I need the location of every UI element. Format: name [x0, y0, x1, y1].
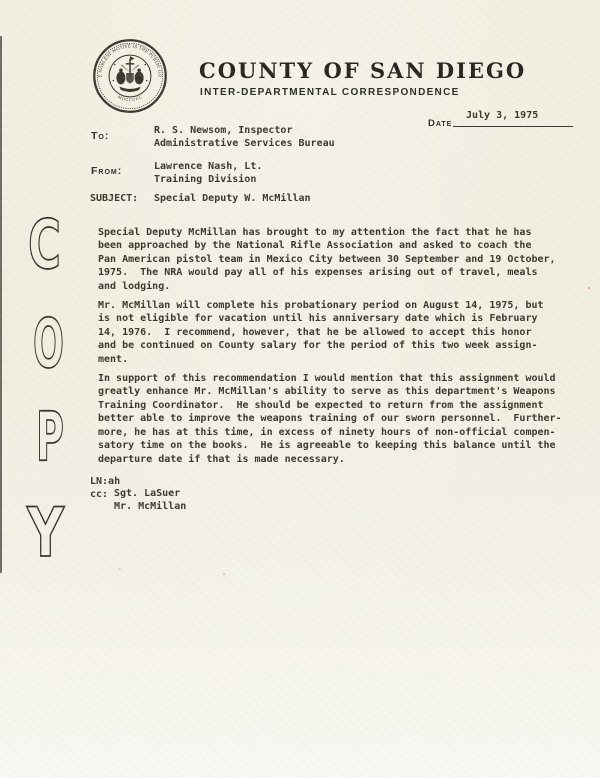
copy-letter-p: P — [36, 398, 64, 477]
paper-speck — [118, 568, 121, 570]
date-field: Date — [428, 118, 573, 129]
date-rule — [453, 125, 573, 127]
county-seal-icon: THE NOBLEST MOTIVE IS THE PUBLIC GOOD MD… — [92, 38, 168, 114]
to-value: R. S. Newsom, Inspector Administrative S… — [154, 124, 335, 151]
letterhead-subtitle: INTER-DEPARTMENTAL CORRESPONDENCE — [200, 87, 460, 98]
svg-text:MDCCCCL: MDCCCCL — [117, 94, 143, 102]
memo-document: THE NOBLEST MOTIVE IS THE PUBLIC GOOD MD… — [0, 0, 600, 778]
cc-names: Sgt. LaSuer Mr. McMillan — [114, 488, 186, 513]
from-label: From: — [91, 165, 122, 177]
body-paragraph-3: In support of this recommendation I woul… — [98, 372, 576, 466]
to-label: To: — [91, 130, 109, 142]
subject-value: Special Deputy W. McMillan — [154, 192, 311, 205]
body-paragraph-2: Mr. McMillan will complete his probation… — [98, 299, 576, 366]
from-value: Lawrence Nash, Lt. Training Division — [154, 160, 262, 187]
copy-stamp-watermark: C O P Y — [18, 202, 88, 577]
copy-letter-y: Y — [26, 494, 64, 573]
typist-initials: LN:ah — [90, 475, 120, 488]
letter-body: Special Deputy McMillan has brought to m… — [98, 226, 576, 472]
paper-speck — [223, 573, 225, 575]
letterhead-title: COUNTY OF SAN DIEGO — [199, 58, 526, 83]
copy-letter-c: C — [28, 206, 61, 285]
body-paragraph-1: Special Deputy McMillan has brought to m… — [98, 226, 576, 293]
seal-year-text: MDCCCCL — [117, 94, 143, 102]
paper-speck — [588, 287, 590, 289]
date-label: Date — [428, 118, 452, 129]
cc-label: cc: — [90, 488, 108, 501]
copy-letter-o: O — [33, 305, 64, 384]
scan-edge-artifact — [0, 36, 2, 573]
subject-label: SUBJECT: — [90, 192, 138, 205]
seal-emblem — [113, 56, 148, 92]
